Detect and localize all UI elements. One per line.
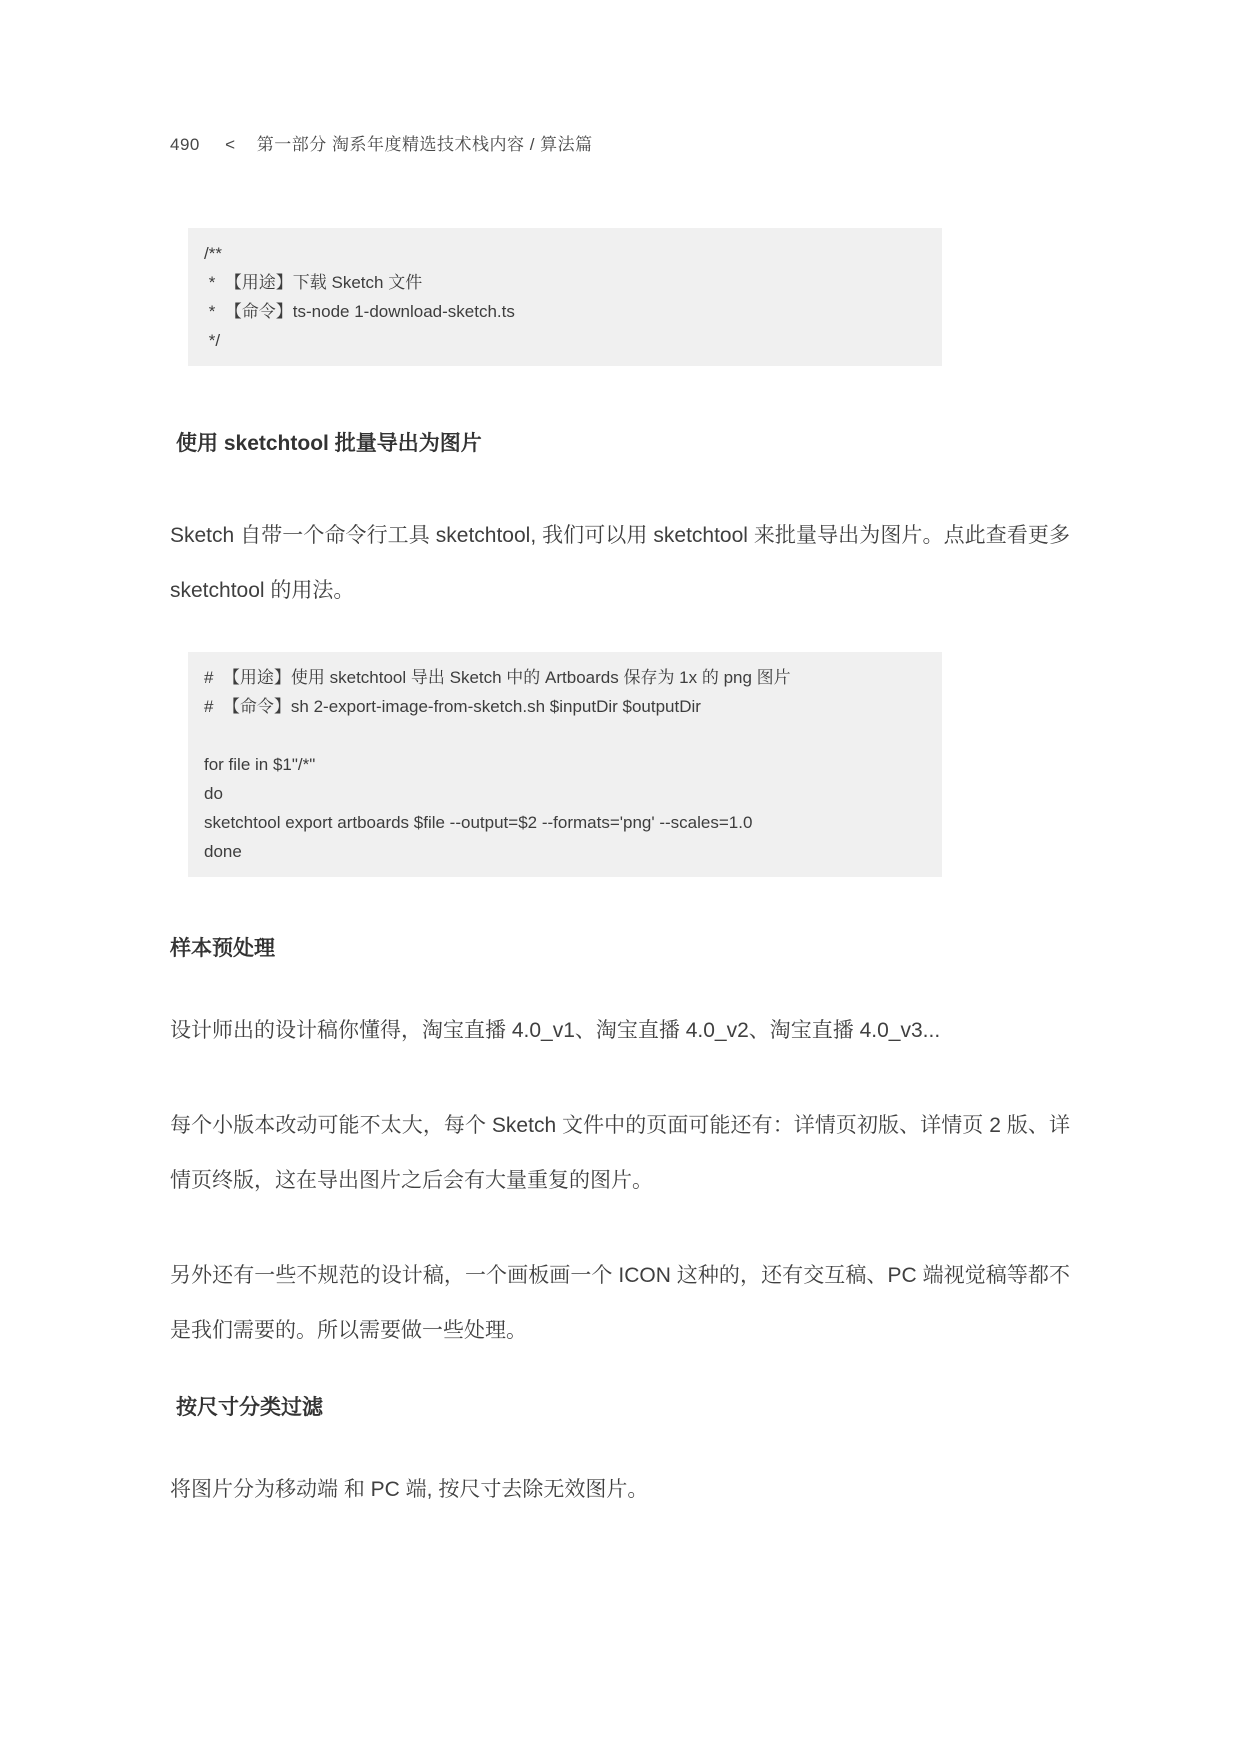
code-line: # 【命令】sh 2-export-image-from-sketch.sh $… bbox=[204, 692, 924, 721]
paragraph-size-classification: 将图片分为移动端 和 PC 端, 按尺寸去除无效图片。 bbox=[170, 1462, 1070, 1517]
code-line: done bbox=[204, 837, 924, 866]
code-line: * 【用途】下载 Sketch 文件 bbox=[204, 268, 924, 297]
section-heading-sample-preprocessing: 样本预处理 bbox=[170, 935, 1070, 963]
document-page: 490 < 第一部分 淘系年度精选技术栈内容 / 算法篇 /** * 【用途】下… bbox=[0, 0, 1240, 1755]
section-heading-size-filter: 按尺寸分类过滤 bbox=[170, 1394, 1070, 1422]
breadcrumb: 第一部分 淘系年度精选技术栈内容 / 算法篇 bbox=[257, 135, 593, 155]
page-content: 490 < 第一部分 淘系年度精选技术栈内容 / 算法篇 /** * 【用途】下… bbox=[0, 0, 1240, 1517]
page-number: 490 bbox=[170, 135, 200, 155]
paragraph-duplicate-images: 每个小版本改动可能不太大，每个 Sketch 文件中的页面可能还有：详情页初版、… bbox=[170, 1098, 1070, 1208]
code-line: */ bbox=[204, 326, 924, 355]
code-line: # 【用途】使用 sketchtool 导出 Sketch 中的 Artboar… bbox=[204, 663, 924, 692]
code-line: * 【命令】ts-node 1-download-sketch.ts bbox=[204, 297, 924, 326]
header-separator-icon: < bbox=[225, 135, 235, 155]
paragraph-design-draft-versions: 设计师出的设计稿你懂得，淘宝直播 4.0_v1、淘宝直播 4.0_v2、淘宝直播… bbox=[170, 1003, 1070, 1058]
code-line: do bbox=[204, 779, 924, 808]
code-line: for file in $1"/*" bbox=[204, 750, 924, 779]
paragraph-invalid-drafts: 另外还有一些不规范的设计稿，一个画板画一个 ICON 这种的，还有交互稿、PC … bbox=[170, 1248, 1070, 1358]
paragraph-sketchtool-intro: Sketch 自带一个命令行工具 sketchtool, 我们可以用 sketc… bbox=[170, 508, 1070, 618]
page-header: 490 < 第一部分 淘系年度精选技术栈内容 / 算法篇 bbox=[170, 135, 1070, 155]
code-line: sketchtool export artboards $file --outp… bbox=[204, 808, 924, 837]
code-line: /** bbox=[204, 239, 924, 268]
section-heading-sketchtool-export: 使用 sketchtool 批量导出为图片 bbox=[170, 430, 1070, 458]
code-line-blank bbox=[204, 721, 924, 750]
code-block-export-image-script: # 【用途】使用 sketchtool 导出 Sketch 中的 Artboar… bbox=[188, 652, 942, 877]
code-block-download-sketch: /** * 【用途】下载 Sketch 文件 * 【命令】ts-node 1-d… bbox=[188, 228, 942, 366]
